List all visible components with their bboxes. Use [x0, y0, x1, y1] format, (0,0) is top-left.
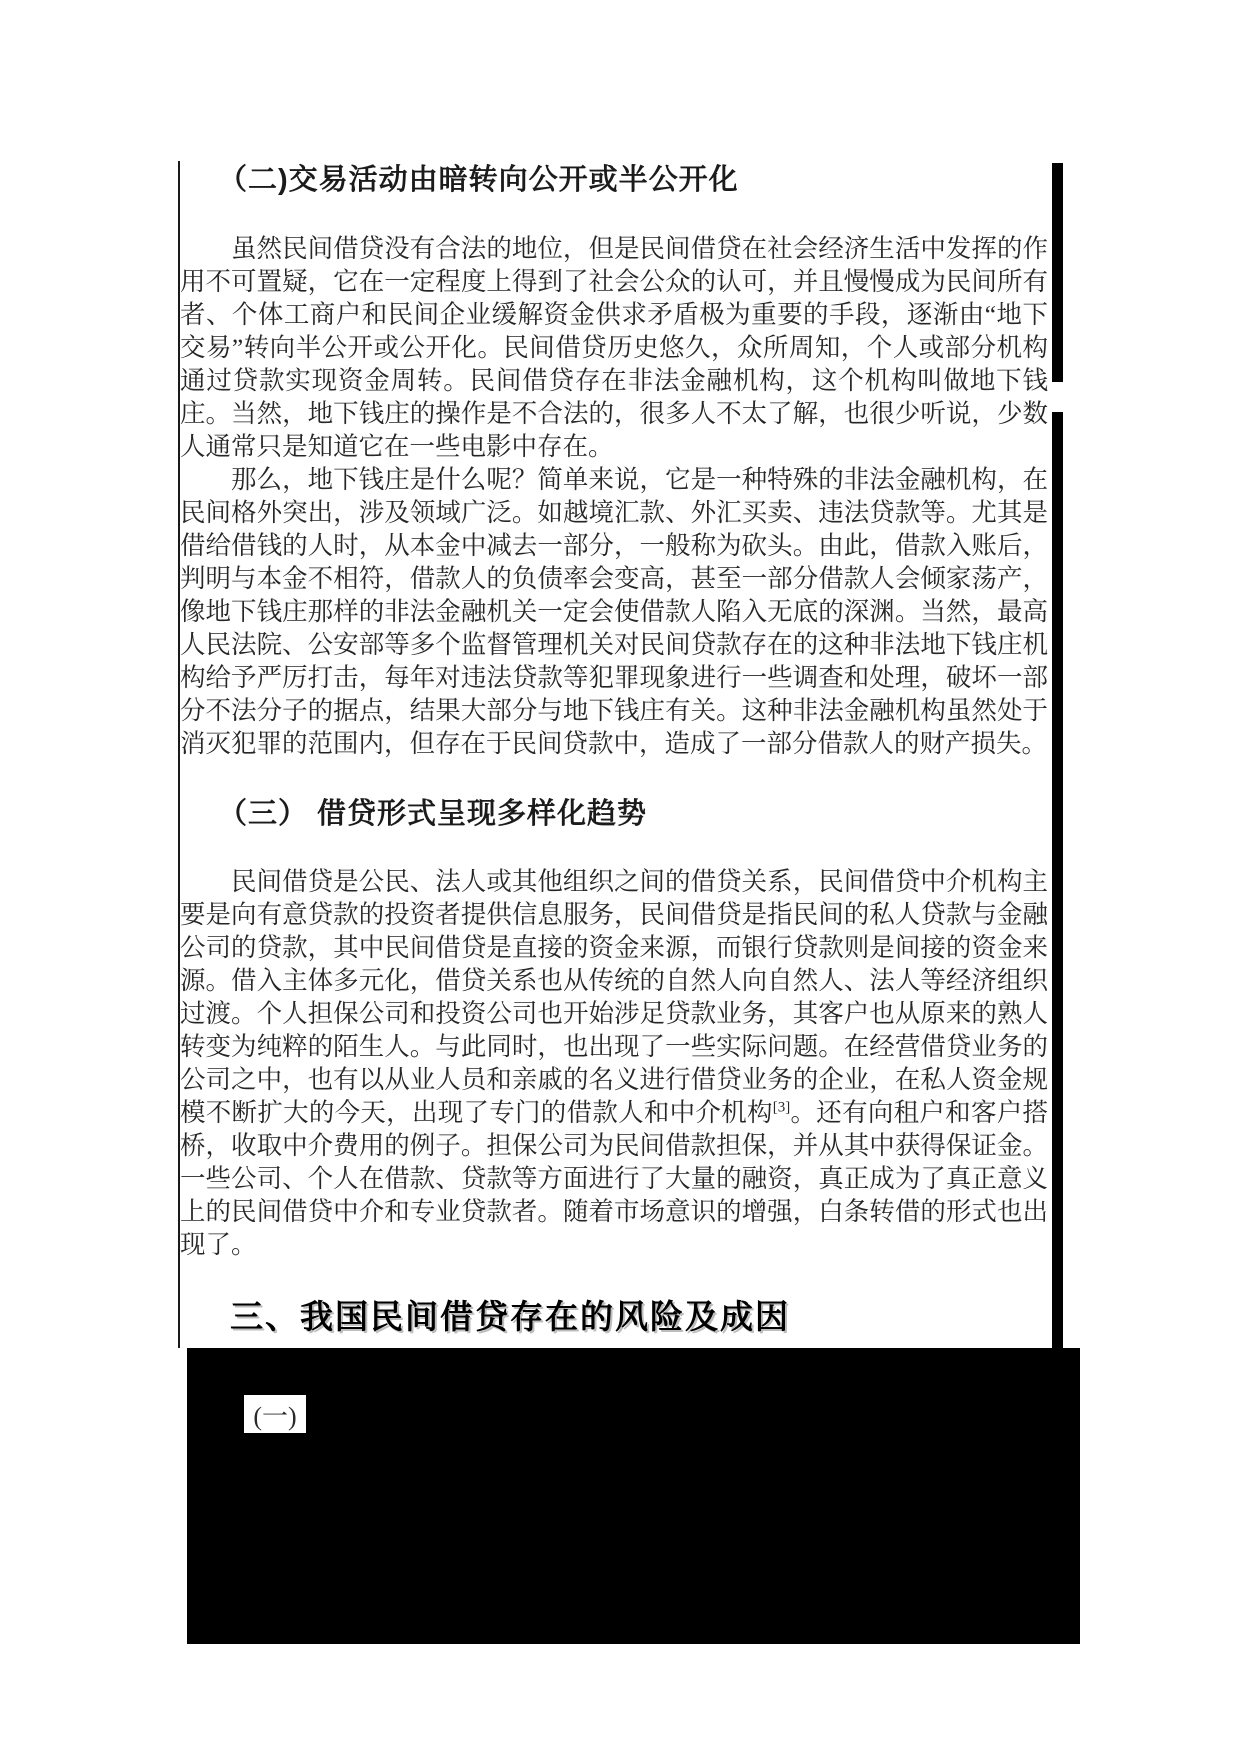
document-page: （二)交易活动由暗转向公开或半公开化 虽然民间借贷没有合法的地位，但是民间借贷在… [0, 0, 1240, 1754]
paragraph-lending-forms-text: 民间借贷是公民、法人或其他组织之间的借贷关系，民间借贷中介机构主要是向有意贷款的… [180, 867, 1048, 1127]
paragraph-lending-forms: 民间借贷是公民、法人或其他组织之间的借贷关系，民间借贷中介机构主要是向有意贷款的… [180, 865, 1048, 1261]
subsection-label-box: (一) [244, 1395, 306, 1433]
chapter-heading-risks: 三、我国民间借贷存在的风险及成因 [180, 1297, 1048, 1337]
right-bar-white-notch [1048, 382, 1067, 412]
section-heading-trade-activity: （二)交易活动由暗转向公开或半公开化 [180, 162, 1048, 198]
right-black-bar [1052, 163, 1063, 1348]
section-heading-lending-forms: （三） 借贷形式呈现多样化趋势 [180, 796, 1048, 832]
paragraph-underground-banks-detail: 那么，地下钱庄是什么呢？简单来说，它是一种特殊的非法金融机构，在民间格外突出，涉… [180, 463, 1048, 760]
document-content: （二)交易活动由暗转向公开或半公开化 虽然民间借贷没有合法的地位，但是民间借贷在… [180, 0, 1048, 1337]
footnote-ref-3: [3] [773, 1100, 791, 1116]
redacted-black-panel: (一) [187, 1348, 1080, 1644]
paragraph-underground-banks-intro: 虽然民间借贷没有合法的地位，但是民间借贷在社会经济生活中发挥的作用不可置疑，它在… [180, 232, 1048, 463]
subsection-label: (一) [253, 1396, 296, 1433]
